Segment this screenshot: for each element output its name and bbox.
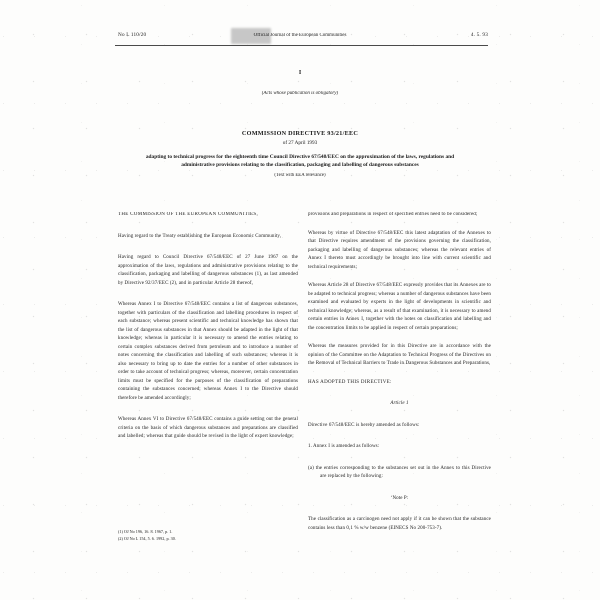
eea-relevance: (Text with EEA relevance) bbox=[135, 173, 465, 178]
footnote-1: (1) OJ No 196, 16. 8. 1967, p. 1. bbox=[118, 528, 298, 535]
whereas-article-28-recital: Whereas Article 28 of Directive 67/548/E… bbox=[308, 282, 491, 333]
journal-page: No L 110/20 Official Journal of the Euro… bbox=[0, 0, 600, 600]
whereas-adaptation-recital: Whereas by virtue of Directive 67/548/EE… bbox=[308, 230, 491, 273]
directive-number: COMMISSION DIRECTIVE 93/21/EEC bbox=[135, 130, 465, 137]
treaty-recital: Having regard to the Treaty establishing… bbox=[118, 233, 298, 242]
recital-continuation: provisions and preparations in respect o… bbox=[308, 211, 491, 220]
right-column: provisions and preparations in respect o… bbox=[308, 211, 491, 546]
footnote-2: (2) OJ No L 154, 5. 6. 1992, p. 30. bbox=[118, 535, 298, 542]
header-page-number: No L 110/20 bbox=[118, 32, 146, 38]
adoption-formula: HAS ADOPTED THIS DIRECTIVE: bbox=[308, 379, 491, 388]
title-block: COMMISSION DIRECTIVE 93/21/EEC of 27 Apr… bbox=[135, 130, 465, 178]
header-date: 4. 5. 93 bbox=[471, 32, 488, 38]
directive-recital: Having regard to Council Directive 67/54… bbox=[118, 254, 298, 288]
footnotes: (1) OJ No 196, 16. 8. 1967, p. 1. (2) OJ… bbox=[118, 528, 298, 542]
whereas-committee-recital: Whereas the measures provided for in thi… bbox=[308, 343, 491, 369]
article-1-heading: Article 1 bbox=[308, 400, 491, 409]
header-rule bbox=[115, 45, 488, 46]
amendment-item-1a: (a) the entries corresponding to the sub… bbox=[308, 465, 491, 482]
amendment-item-1: 1. Annex I is amended as follows: bbox=[308, 443, 491, 452]
directive-date: of 27 April 1993 bbox=[135, 140, 465, 146]
left-column: THE COMMISSION OF THE EUROPEAN COMMUNITI… bbox=[118, 211, 298, 455]
whereas-annex-1-recital: Whereas Annex I to Directive 67/548/EEC … bbox=[118, 301, 298, 403]
section-note: (Acts whose publication is obligatory) bbox=[0, 91, 600, 96]
whereas-annex-6-recital: Whereas Annex VI to Directive 67/548/EEC… bbox=[118, 416, 298, 442]
commission-formula: THE COMMISSION OF THE EUROPEAN COMMUNITI… bbox=[118, 211, 298, 220]
section-numeral: I bbox=[0, 70, 600, 76]
journal-title: Official Journal of the European Communi… bbox=[150, 33, 450, 38]
directive-subject: adapting to technical progress for the e… bbox=[135, 153, 465, 169]
note-p-label: ‘Note P: bbox=[308, 495, 491, 504]
note-p-text: The classification as a carcinogen need … bbox=[308, 516, 491, 533]
article-1-intro: Directive 67/548/EEC is hereby amended a… bbox=[308, 422, 491, 431]
